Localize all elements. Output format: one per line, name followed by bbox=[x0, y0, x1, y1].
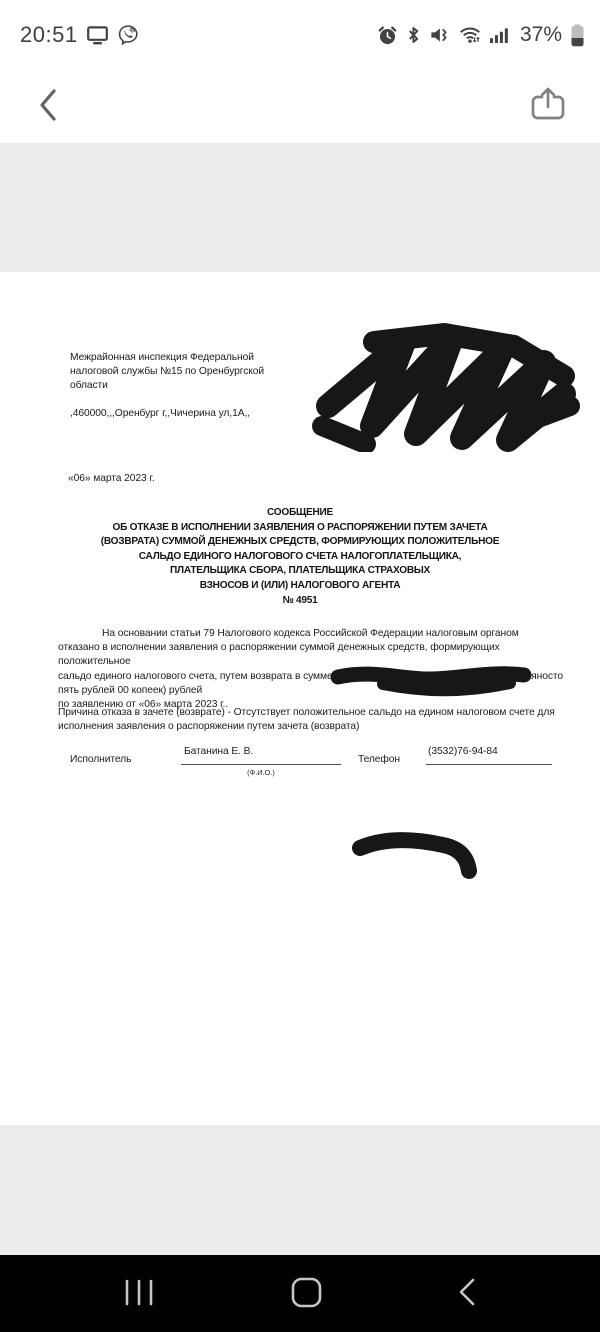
viber-icon bbox=[117, 24, 139, 46]
status-bar-right: 37% bbox=[377, 23, 584, 47]
fio-caption: (Ф.И.О.) bbox=[181, 768, 341, 777]
back-icon bbox=[34, 85, 60, 128]
recents-icon bbox=[124, 1279, 154, 1309]
wifi-icon bbox=[459, 25, 481, 45]
home-button[interactable] bbox=[285, 1271, 328, 1317]
share-button[interactable] bbox=[524, 80, 572, 133]
bluetooth-icon bbox=[407, 25, 420, 45]
clock-text: 20:51 bbox=[20, 22, 78, 48]
executor-name: Батанина Е. В. bbox=[184, 745, 253, 759]
sender-line: Межрайонная инспекция Федеральной bbox=[70, 351, 360, 365]
title-line: ВЗНОСОВ И (ИЛИ) НАЛОГОВОГО АГЕНТА bbox=[0, 579, 600, 594]
sender-line: налоговой службы №15 по Оренбургской bbox=[70, 365, 360, 379]
android-nav-bar bbox=[0, 1255, 600, 1332]
battery-icon bbox=[571, 24, 584, 47]
phone-value: (3532)76-94-84 bbox=[428, 745, 498, 759]
phone-screen: 20:51 bbox=[0, 0, 600, 1332]
body-line: пять рублей 00 копеек) рублей bbox=[58, 684, 563, 698]
status-bar: 20:51 bbox=[0, 0, 600, 70]
phone-underline bbox=[426, 764, 552, 765]
reason-line: исполнения заявления о распоряжении путе… bbox=[58, 720, 563, 734]
alarm-icon bbox=[377, 25, 398, 46]
body-line-text: На основании статьи 79 Налогового кодекс… bbox=[102, 628, 519, 639]
signature-scribble bbox=[346, 826, 486, 884]
title-line: СООБЩЕНИЕ bbox=[0, 506, 600, 521]
title-line: (ВОЗВРАТА) СУММОЙ ДЕНЕЖНЫХ СРЕДСТВ, ФОРМ… bbox=[0, 535, 600, 550]
back-button[interactable] bbox=[30, 81, 64, 132]
share-icon bbox=[528, 84, 568, 129]
executor-underline bbox=[181, 764, 341, 765]
title-line: САЛЬДО ЕДИНОГО НАЛОГОВОГО СЧЕТА НАЛОГОПЛ… bbox=[0, 550, 600, 565]
document-date: «06» марта 2023 г. bbox=[68, 472, 155, 486]
reason-paragraph: Причина отказа в зачете (возврате) - Отс… bbox=[58, 706, 563, 734]
title-line: ОБ ОТКАЗЕ В ИСПОЛНЕНИИ ЗАЯВЛЕНИЯ О РАСПО… bbox=[0, 521, 600, 536]
executor-label: Исполнитель bbox=[70, 753, 131, 767]
recents-button[interactable] bbox=[118, 1273, 160, 1315]
app-bar bbox=[0, 70, 600, 143]
body-line-text-after: вяносто bbox=[526, 670, 563, 684]
screen-mirroring-icon bbox=[87, 26, 108, 45]
body-line: отказано в исполнении заявления о распор… bbox=[58, 641, 563, 669]
sender-address: ,460000,,,Оренбург г,,Чичерина ул,1А,, bbox=[70, 407, 360, 421]
body-line: На основании статьи 79 Налогового кодекс… bbox=[58, 627, 563, 641]
title-line: ПЛАТЕЛЬЩИКА СБОРА, ПЛАТЕЛЬЩИКА СТРАХОВЫХ bbox=[0, 564, 600, 579]
phone-label: Телефон bbox=[358, 753, 400, 767]
body-line-text: отказано в исполнении заявления о распор… bbox=[58, 642, 500, 667]
mute-icon bbox=[429, 25, 450, 45]
battery-percent: 37% bbox=[520, 23, 562, 47]
sender-line: области bbox=[70, 379, 360, 393]
home-icon bbox=[291, 1277, 322, 1311]
document-page: Межрайонная инспекция Федеральной налого… bbox=[0, 272, 600, 1125]
title-line: № 4951 bbox=[0, 594, 600, 609]
document-viewer[interactable]: Межрайонная инспекция Федеральной налого… bbox=[0, 143, 600, 1255]
status-bar-left: 20:51 bbox=[20, 22, 139, 48]
sender-gap bbox=[70, 394, 360, 407]
signal-icon bbox=[490, 26, 509, 44]
reason-line: Причина отказа в зачете (возврате) - Отс… bbox=[58, 706, 563, 720]
nav-back-button[interactable] bbox=[452, 1272, 482, 1315]
sender-block: Межрайонная инспекция Федеральной налого… bbox=[70, 351, 360, 421]
body-line-redacted: сальдо единого налогового счета, путем в… bbox=[58, 670, 563, 684]
body-line-text: сальдо единого налогового счета, путем в… bbox=[58, 671, 333, 682]
body-paragraph: На основании статьи 79 Налогового кодекс… bbox=[58, 627, 563, 712]
body-line-text: пять рублей 00 копеек) рублей bbox=[58, 685, 202, 696]
document-title: СООБЩЕНИЕ ОБ ОТКАЗЕ В ИСПОЛНЕНИИ ЗАЯВЛЕН… bbox=[0, 506, 600, 608]
nav-back-icon bbox=[458, 1278, 476, 1309]
